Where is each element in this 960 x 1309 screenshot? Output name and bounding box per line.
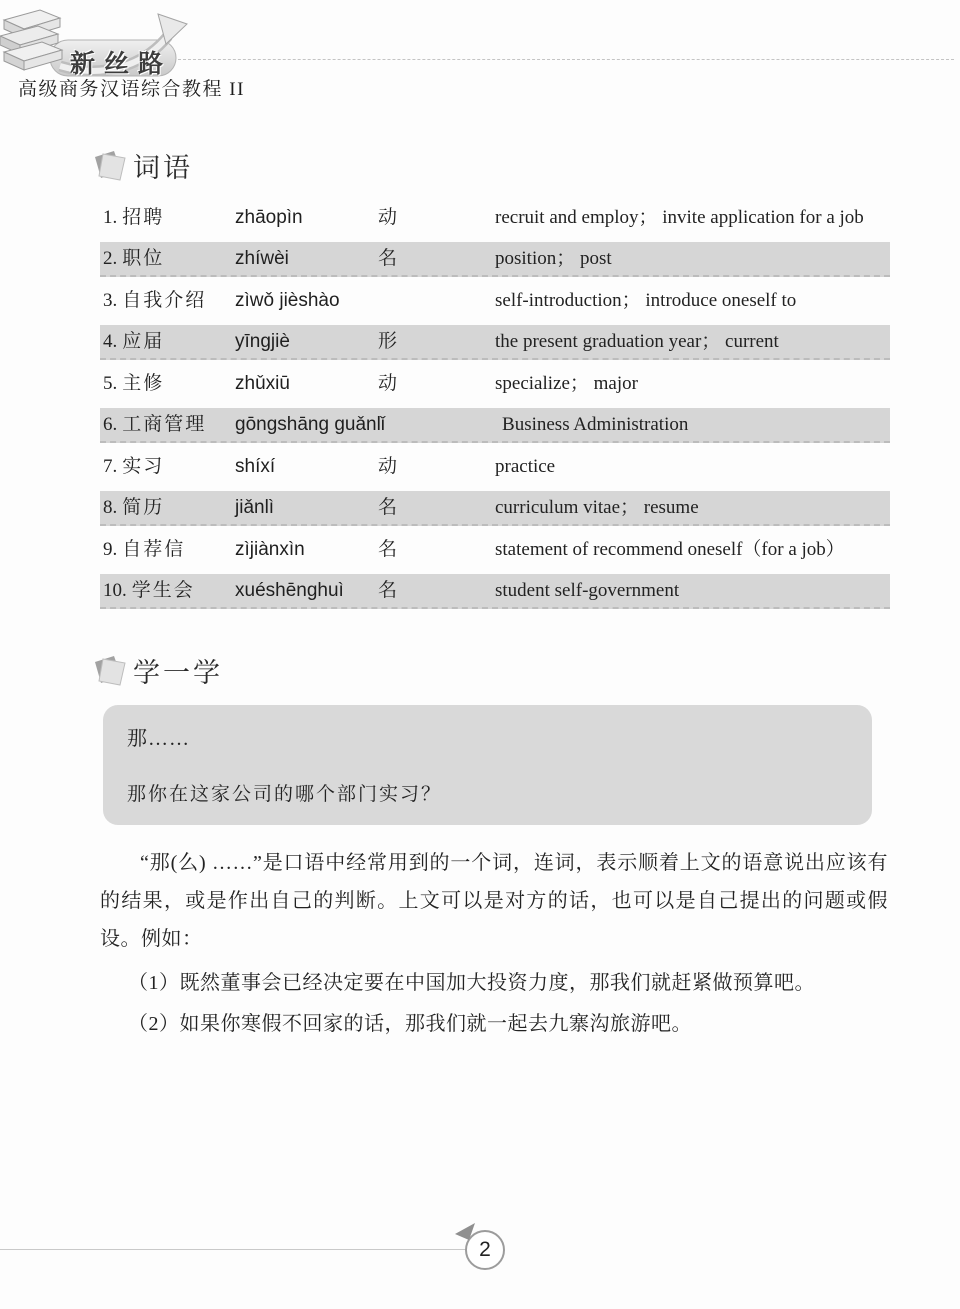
grammar-explanation: “那(么) ……”是口语中经常用到的一个词，连词，表示顺着上文的语意说出应该有的… — [100, 844, 888, 958]
vocab-pinyin: shíxí — [235, 454, 378, 480]
vocab-meaning: position； post — [495, 246, 890, 272]
header-divider — [178, 59, 954, 60]
vocab-pinyin: zhíwèi — [235, 246, 378, 272]
vocab-word: 应届 — [122, 331, 164, 352]
vocab-word: 工商管理 — [122, 414, 206, 435]
book-subtitle: 高级商务汉语综合教程 II — [18, 74, 245, 101]
vocab-number: 3. — [103, 290, 117, 311]
vocab-pinyin: jiǎnlì — [235, 495, 378, 521]
vocab-meaning: self-introduction； introduce oneself to — [495, 288, 890, 314]
example-sentence: （1）既然董事会已经决定要在中国加大投资力度，那我们就赶紧做预算吧。 — [100, 963, 888, 1004]
vocab-word: 自我介绍 — [122, 290, 206, 311]
folded-note-icon — [93, 149, 129, 183]
vocab-meaning: student self-government — [495, 578, 890, 604]
vocab-word: 主修 — [122, 373, 164, 394]
page-arrow-icon — [453, 1221, 479, 1243]
vocab-row: 1.招聘 zhāopìn 动 recruit and employ； invit… — [100, 197, 890, 239]
vocab-pinyin: gōngshāng guǎnlǐ — [235, 412, 385, 438]
vocab-pos: 名 — [378, 537, 495, 563]
vocab-number: 6. — [103, 414, 117, 435]
vocab-word: 职位 — [122, 248, 164, 269]
vocab-number: 8. — [103, 497, 117, 518]
vocab-row: 6.工商管理 gōngshāng guǎnlǐ Business Adminis… — [100, 408, 890, 443]
vocab-pinyin: zhǔxiū — [235, 371, 378, 397]
vocab-meaning: statement of recommend oneself（for a job… — [495, 537, 890, 563]
vocab-pos: 名 — [378, 578, 495, 604]
pattern-box: 那…… 那你在这家公司的哪个部门实习？ — [103, 705, 872, 825]
vocab-meaning: recruit and employ； invite application f… — [495, 205, 890, 231]
vocab-pos: 动 — [378, 205, 495, 231]
example-sentence: （2）如果你寒假不回家的话，那我们就一起去九寨沟旅游吧。 — [100, 1004, 888, 1045]
vocab-meaning: the present graduation year； current — [495, 329, 890, 355]
vocab-number: 1. — [103, 207, 117, 228]
vocab-pinyin: zhāopìn — [235, 205, 378, 231]
pattern-word: 那…… — [127, 722, 846, 751]
vocab-word: 招聘 — [122, 207, 164, 228]
vocab-word: 实习 — [122, 456, 164, 477]
vocab-number: 9. — [103, 539, 117, 560]
vocab-pos: 形 — [378, 329, 495, 355]
vocab-row: 9.自荐信 zìjiànxìn 名 statement of recommend… — [100, 529, 890, 571]
vocab-section-title: 词语 — [133, 146, 193, 185]
vocab-table: 1.招聘 zhāopìn 动 recruit and employ； invit… — [100, 197, 890, 609]
vocab-meaning: Business Administration — [502, 412, 890, 438]
vocab-row: 7.实习 shíxí 动 practice — [100, 446, 890, 488]
vocab-section-head: 词语 — [93, 146, 960, 185]
vocab-number: 7. — [103, 456, 117, 477]
vocab-word: 自荐信 — [122, 539, 185, 560]
vocab-pinyin: yīngjiè — [235, 329, 378, 355]
vocab-pos: 动 — [378, 371, 495, 397]
vocab-word: 简历 — [122, 497, 164, 518]
learn-section-head: 学一学 — [93, 651, 960, 690]
page-header: 新丝路 高级商务汉语综合教程 II — [0, 0, 960, 102]
vocab-row: 5.主修 zhǔxiū 动 specialize； major — [100, 363, 890, 405]
vocab-number: 10. — [103, 580, 127, 601]
vocab-pinyin: zìwǒ jièshào — [235, 288, 378, 314]
vocab-meaning: specialize； major — [495, 371, 890, 397]
vocab-number: 5. — [103, 373, 117, 394]
vocab-word: 学生会 — [132, 580, 195, 601]
folded-note-icon — [93, 654, 129, 688]
vocab-meaning: curriculum vitae； resume — [495, 495, 890, 521]
example-list: （1）既然董事会已经决定要在中国加大投资力度，那我们就赶紧做预算吧。 （2）如果… — [100, 963, 888, 1045]
vocab-pinyin: xuéshēnghuì — [235, 578, 378, 604]
vocab-row: 4.应届 yīngjiè 形 the present graduation ye… — [100, 325, 890, 360]
vocab-number: 2. — [103, 248, 117, 269]
vocab-pos: 动 — [378, 454, 495, 480]
vocab-row: 10.学生会 xuéshēnghuì 名 student self-govern… — [100, 574, 890, 609]
vocab-pinyin: zìjiànxìn — [235, 537, 378, 563]
vocab-pos: 名 — [378, 495, 495, 521]
vocab-number: 4. — [103, 331, 117, 352]
pattern-example-question: 那你在这家公司的哪个部门实习？ — [127, 779, 846, 806]
page-footer: 2 — [0, 1229, 960, 1289]
vocab-row: 2.职位 zhíwèi 名 position； post — [100, 242, 890, 277]
learn-section-title: 学一学 — [133, 651, 223, 690]
vocab-row: 8.简历 jiǎnlì 名 curriculum vitae； resume — [100, 491, 890, 526]
vocab-pos: 名 — [378, 246, 495, 272]
vocab-meaning: practice — [495, 454, 890, 480]
vocab-row: 3.自我介绍 zìwǒ jièshào self-introduction； i… — [100, 280, 890, 322]
footer-divider — [0, 1249, 466, 1250]
textbook-page: 新丝路 高级商务汉语综合教程 II 词语 1.招聘 zhāopìn 动 recr… — [0, 0, 960, 1309]
